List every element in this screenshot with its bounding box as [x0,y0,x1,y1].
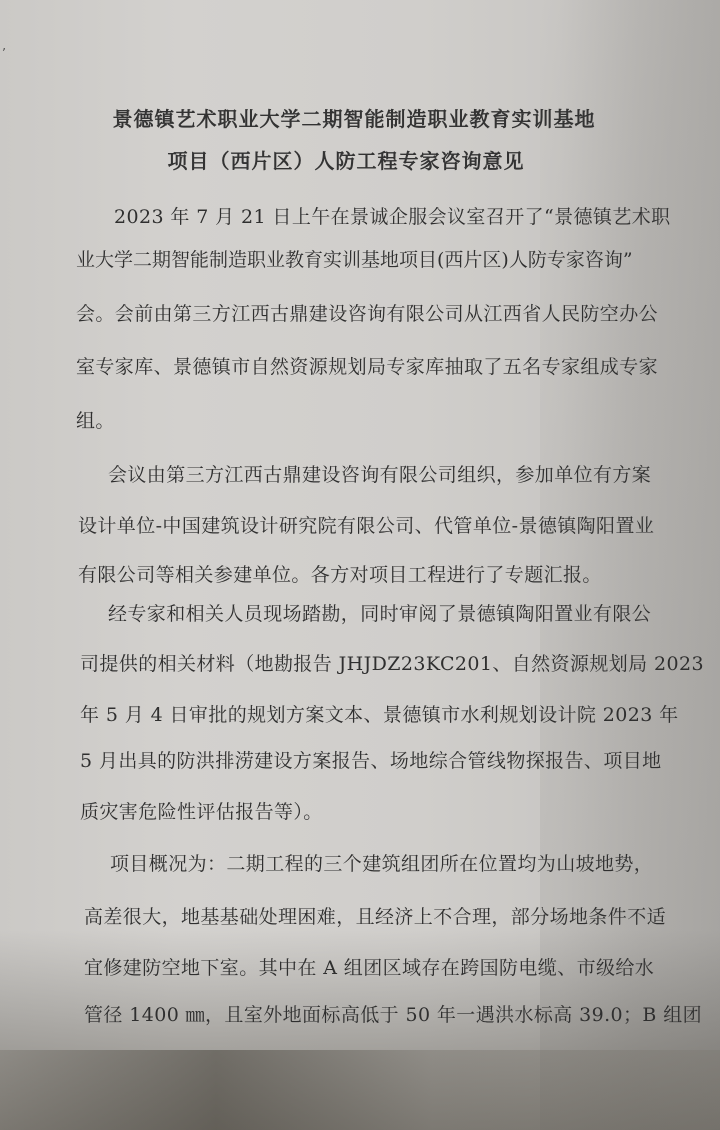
corner-mark: ’ [2,46,6,60]
paragraph-line: 设计单位-中国建筑设计研究院有限公司、代管单位-景德镇陶阳置业 [78,511,654,538]
paragraph-line: 年 5 月 4 日审批的规划方案文本、景德镇市水利规划设计院 2023 年 [80,700,679,727]
paragraph-line: 会。会前由第三方江西古鼎建设咨询有限公司从江西省人民防空办公 [76,299,658,326]
paragraph-line: 组。 [76,406,115,433]
paragraph-line: 会议由第三方江西古鼎建设咨询有限公司组织，参加单位有方案 [108,460,651,487]
paragraph-line: 室专家库、景德镇市自然资源规划局专家库抽取了五名专家组成专家 [76,352,658,379]
paragraph-line: 项目概况为：二期工程的三个建筑组团所在位置均为山坡地势， [110,849,653,876]
paragraph-line: 2023 年 7 月 21 日上午在景诚企服会议室召开了“景德镇艺术职 [114,202,671,229]
paragraph-line: 管径 1400 ㎜，且室外地面标高低于 50 年一遇洪水标高 39.0；B 组团 [84,1000,702,1027]
paragraph-line: 宜修建防空地下室。其中在 A 组团区域存在跨国防电缆、市级给水 [84,953,654,980]
paragraph-line: 业大学二期智能制造职业教育实训基地项目(西片区)人防专家咨询” [76,245,633,272]
photo-bottom-shadow [0,1050,720,1130]
paragraph-line: 质灾害危险性评估报告等）。 [80,797,323,824]
paragraph-line: 高差很大，地基基础处理困难，且经济上不合理，部分场地条件不适 [84,902,666,929]
paragraph-line: 5 月出具的防洪排涝建设方案报告、场地综合管线物探报告、项目地 [80,746,662,773]
document-title-line-2: 项目（西片区）人防工程专家咨询意见 [0,145,706,174]
paragraph-line: 有限公司等相关参建单位。各方对项目工程进行了专题汇报。 [78,560,602,587]
document-title-line-1: 景德镇艺术职业大学二期智能制造职业教育实训基地 [0,103,714,132]
paragraph-line: 司提供的相关材料（地勘报告 JHJDZ23KC201、自然资源规划局 2023 [80,649,704,676]
paragraph-line: 经专家和相关人员现场踏勘，同时审阅了景德镇陶阳置业有限公 [108,599,651,626]
